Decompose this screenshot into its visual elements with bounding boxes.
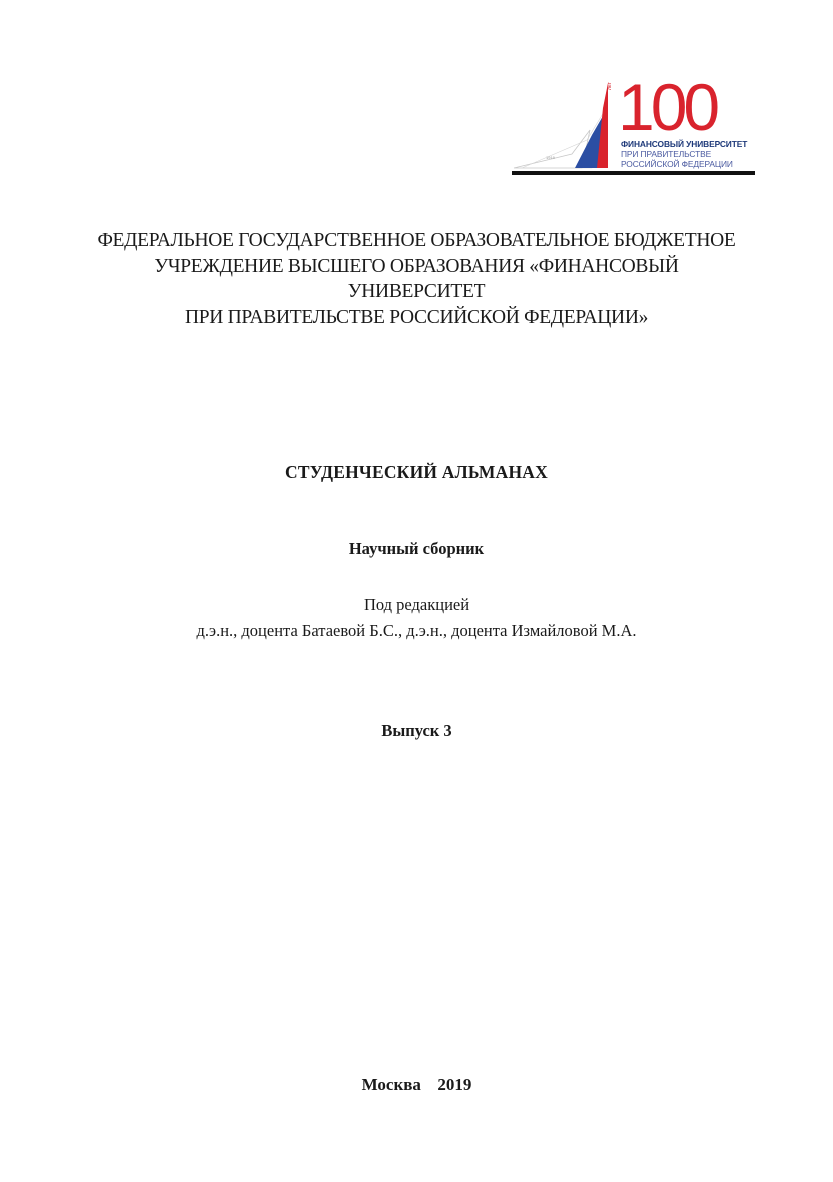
organization-line: УНИВЕРСИТЕТ	[0, 279, 833, 305]
logo-underline	[512, 171, 755, 175]
organization-name: ФЕДЕРАЛЬНОЕ ГОСУДАРСТВЕННОЕ ОБРАЗОВАТЕЛЬ…	[0, 228, 833, 330]
logo-line: ФИНАНСОВЫЙ УНИВЕРСИТЕТ	[621, 139, 747, 149]
editors-label: Под редакцией	[0, 592, 833, 618]
editors-names: д.э.н., доцента Батаевой Б.С., д.э.н., д…	[0, 618, 833, 644]
organization-line: УЧРЕЖДЕНИЕ ВЫСШЕГО ОБРАЗОВАНИЯ «ФИНАНСОВ…	[0, 254, 833, 280]
document-subtitle: Научный сборник	[0, 539, 833, 559]
founding-year: 1919	[546, 155, 555, 160]
organization-line: ПРИ ПРАВИТЕЛЬСТВЕ РОССИЙСКОЙ ФЕДЕРАЦИИ»	[0, 305, 833, 331]
organization-line: ФЕДЕРАЛЬНОЕ ГОСУДАРСТВЕННОЕ ОБРАЗОВАТЕЛЬ…	[0, 228, 833, 254]
logo-line: ПРИ ПРАВИТЕЛЬСТВЕ	[621, 149, 747, 159]
logo-line: РОССИЙСКОЙ ФЕДЕРАЦИИ	[621, 159, 747, 169]
imprint: Москва 2019	[0, 1075, 833, 1095]
logo-number: 100	[618, 74, 716, 140]
university-logo: 1919 лет 100 ФИНАНСОВЫЙ УНИВЕРСИТЕТ ПРИ …	[512, 80, 757, 177]
logo-caption: ФИНАНСОВЫЙ УНИВЕРСИТЕТ ПРИ ПРАВИТЕЛЬСТВЕ…	[621, 139, 747, 169]
years-label: лет	[607, 82, 613, 90]
editors: Под редакцией д.э.н., доцента Батаевой Б…	[0, 592, 833, 644]
issue-number: Выпуск 3	[0, 721, 833, 741]
document-title: СТУДЕНЧЕСКИЙ АЛЬМАНАХ	[0, 462, 833, 483]
